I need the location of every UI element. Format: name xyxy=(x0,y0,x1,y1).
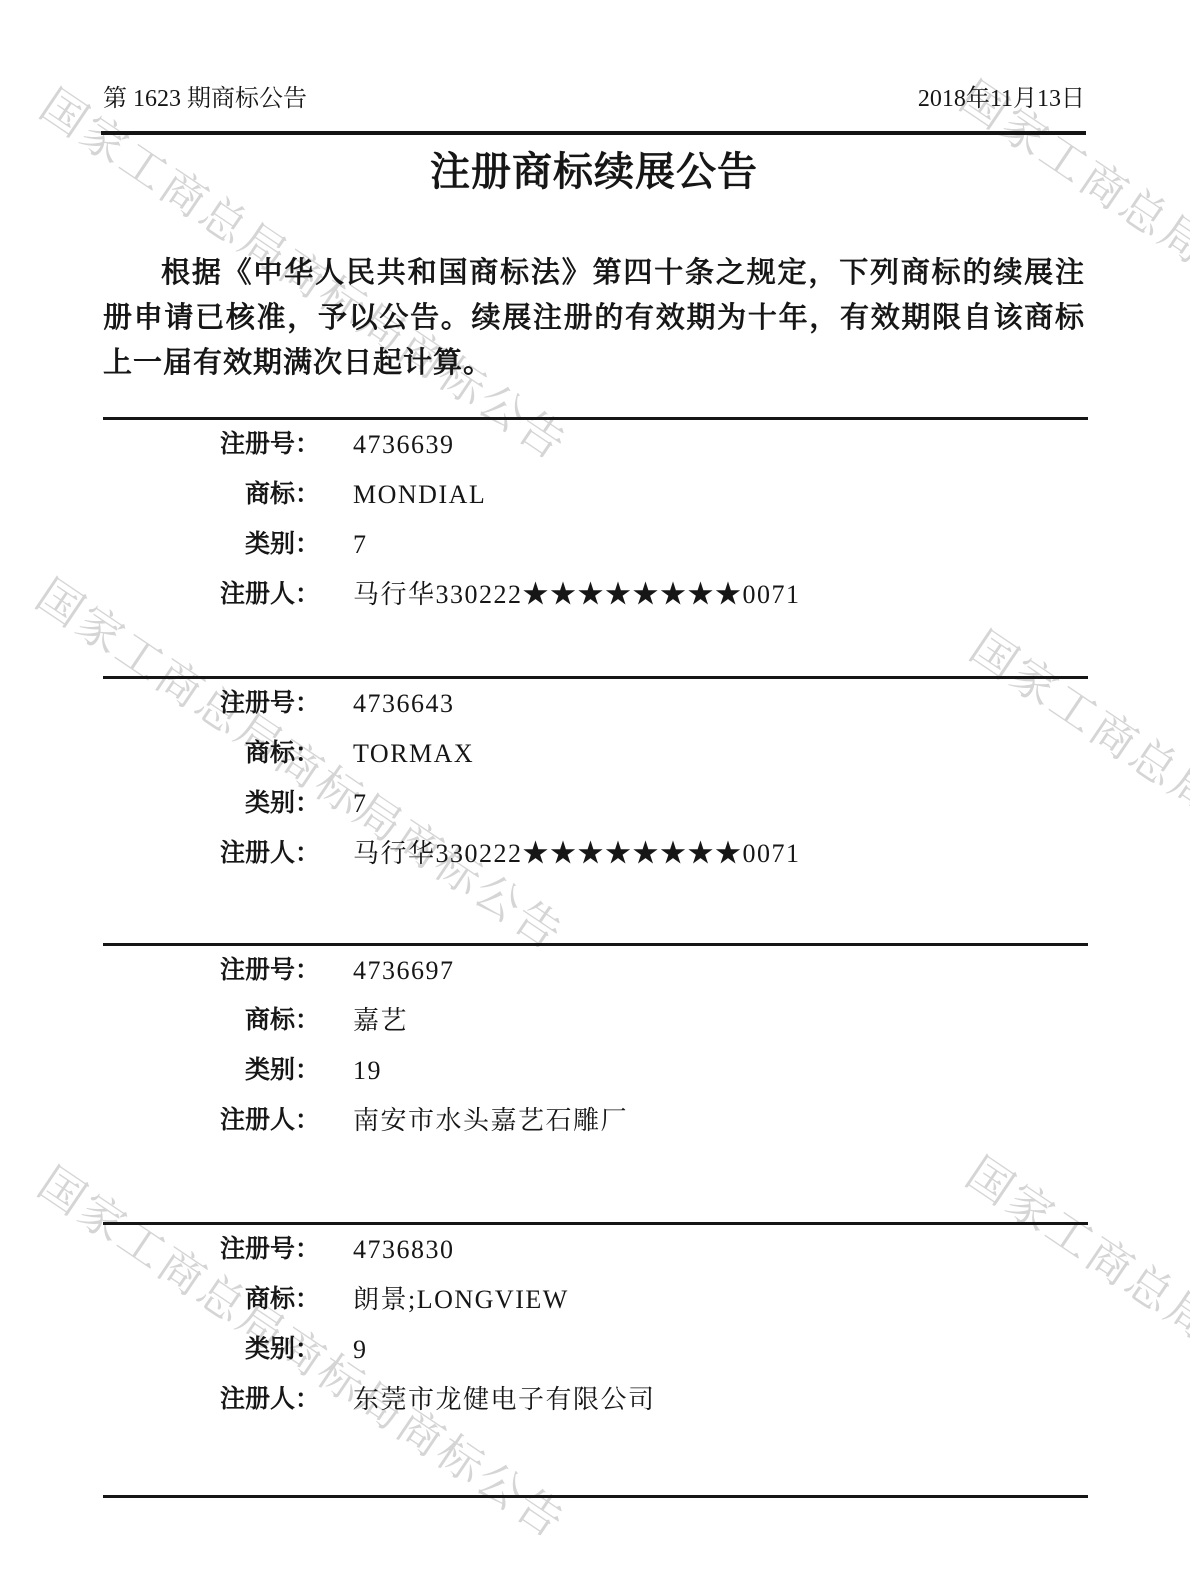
field-row-trademark: 商标： TORMAX xyxy=(103,729,1088,779)
field-row-reg-no: 注册号： 4736830 xyxy=(103,1225,1088,1275)
field-row-trademark: 商标： 朗景;LONGVIEW xyxy=(103,1275,1088,1325)
trademark-record: 注册号： 4736639 商标： MONDIAL 类别： 7 注册人： 马行华3… xyxy=(103,417,1088,676)
registrant-label: 注册人： xyxy=(103,1375,320,1425)
registrant-value: 南安市水头嘉艺石雕厂 xyxy=(353,1096,628,1146)
registrant-value: 马行华330222★★★★★★★★0071 xyxy=(353,570,801,620)
reg-no-label: 注册号： xyxy=(103,1225,320,1275)
trademark-label: 商标： xyxy=(103,470,320,520)
category-value: 19 xyxy=(353,1046,382,1096)
registrant-label: 注册人： xyxy=(103,829,320,879)
reg-no-value: 4736697 xyxy=(353,946,455,996)
trademark-label: 商标： xyxy=(103,996,320,1046)
trademark-value: TORMAX xyxy=(353,729,474,779)
reg-no-value: 4736830 xyxy=(353,1225,455,1275)
trademark-label: 商标： xyxy=(103,729,320,779)
field-row-trademark: 商标： 嘉艺 xyxy=(103,996,1088,1046)
registrant-value: 马行华330222★★★★★★★★0071 xyxy=(353,829,801,879)
field-row-category: 类别： 9 xyxy=(103,1325,1088,1375)
trademark-record: 注册号： 4736643 商标： TORMAX 类别： 7 注册人： 马行华33… xyxy=(103,676,1088,943)
category-label: 类别： xyxy=(103,779,320,829)
category-value: 7 xyxy=(353,520,368,570)
category-value: 7 xyxy=(353,779,368,829)
field-row-reg-no: 注册号： 4736639 xyxy=(103,420,1088,470)
gazette-date-label: 2018年11月13日 xyxy=(918,85,1085,113)
registrant-label: 注册人： xyxy=(103,1096,320,1146)
bottom-divider xyxy=(103,1495,1088,1498)
field-row-registrant: 注册人： 南安市水头嘉艺石雕厂 xyxy=(103,1096,1088,1146)
record-list: 注册号： 4736639 商标： MONDIAL 类别： 7 注册人： 马行华3… xyxy=(103,417,1088,1498)
trademark-value: MONDIAL xyxy=(353,470,486,520)
field-row-category: 类别： 7 xyxy=(103,779,1088,829)
reg-no-label: 注册号： xyxy=(103,946,320,996)
category-label: 类别： xyxy=(103,1046,320,1096)
trademark-label: 商标： xyxy=(103,1275,320,1325)
field-row-reg-no: 注册号： 4736697 xyxy=(103,946,1088,996)
reg-no-label: 注册号： xyxy=(103,420,320,470)
registrant-value: 东莞市龙健电子有限公司 xyxy=(353,1375,656,1425)
category-label: 类别： xyxy=(103,520,320,570)
reg-no-value: 4736643 xyxy=(353,679,455,729)
field-row-category: 类别： 7 xyxy=(103,520,1088,570)
page-content: 第 1623 期商标公告 2018年11月13日 注册商标续展公告 根据《中华人… xyxy=(0,0,1190,1596)
intro-paragraph: 根据《中华人民共和国商标法》第四十条之规定，下列商标的续展注册申请已核准，予以公… xyxy=(103,251,1085,386)
field-row-category: 类别： 19 xyxy=(103,1046,1088,1096)
page-header: 第 1623 期商标公告 2018年11月13日 xyxy=(103,85,1085,113)
field-row-trademark: 商标： MONDIAL xyxy=(103,470,1088,520)
reg-no-label: 注册号： xyxy=(103,679,320,729)
gazette-page: 国家工商总局商标局商标公告 国家工商总局商标局商标公告 国家工商总局商标局商标公… xyxy=(0,0,1190,1596)
field-row-reg-no: 注册号： 4736643 xyxy=(103,679,1088,729)
reg-no-value: 4736639 xyxy=(353,420,455,470)
field-row-registrant: 注册人： 马行华330222★★★★★★★★0071 xyxy=(103,829,1088,879)
trademark-value: 朗景;LONGVIEW xyxy=(353,1275,569,1325)
trademark-value: 嘉艺 xyxy=(353,996,408,1046)
gazette-issue-label: 第 1623 期商标公告 xyxy=(103,85,307,113)
category-label: 类别： xyxy=(103,1325,320,1375)
trademark-record: 注册号： 4736697 商标： 嘉艺 类别： 19 注册人： 南安市水头嘉艺石… xyxy=(103,943,1088,1222)
trademark-record: 注册号： 4736830 商标： 朗景;LONGVIEW 类别： 9 注册人： … xyxy=(103,1222,1088,1495)
page-title: 注册商标续展公告 xyxy=(103,146,1085,198)
field-row-registrant: 注册人： 马行华330222★★★★★★★★0071 xyxy=(103,570,1088,620)
field-row-registrant: 注册人： 东莞市龙健电子有限公司 xyxy=(103,1375,1088,1425)
category-value: 9 xyxy=(353,1325,368,1375)
header-divider xyxy=(101,131,1086,135)
registrant-label: 注册人： xyxy=(103,570,320,620)
